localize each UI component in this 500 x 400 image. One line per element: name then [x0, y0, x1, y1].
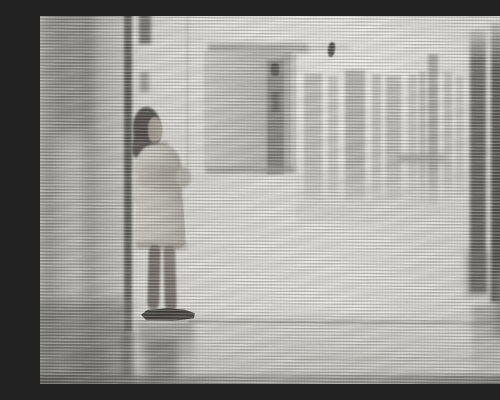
photo-frame: A grainy black-and-white photograph of a…: [40, 16, 500, 384]
vignette-overlay: [40, 16, 500, 384]
